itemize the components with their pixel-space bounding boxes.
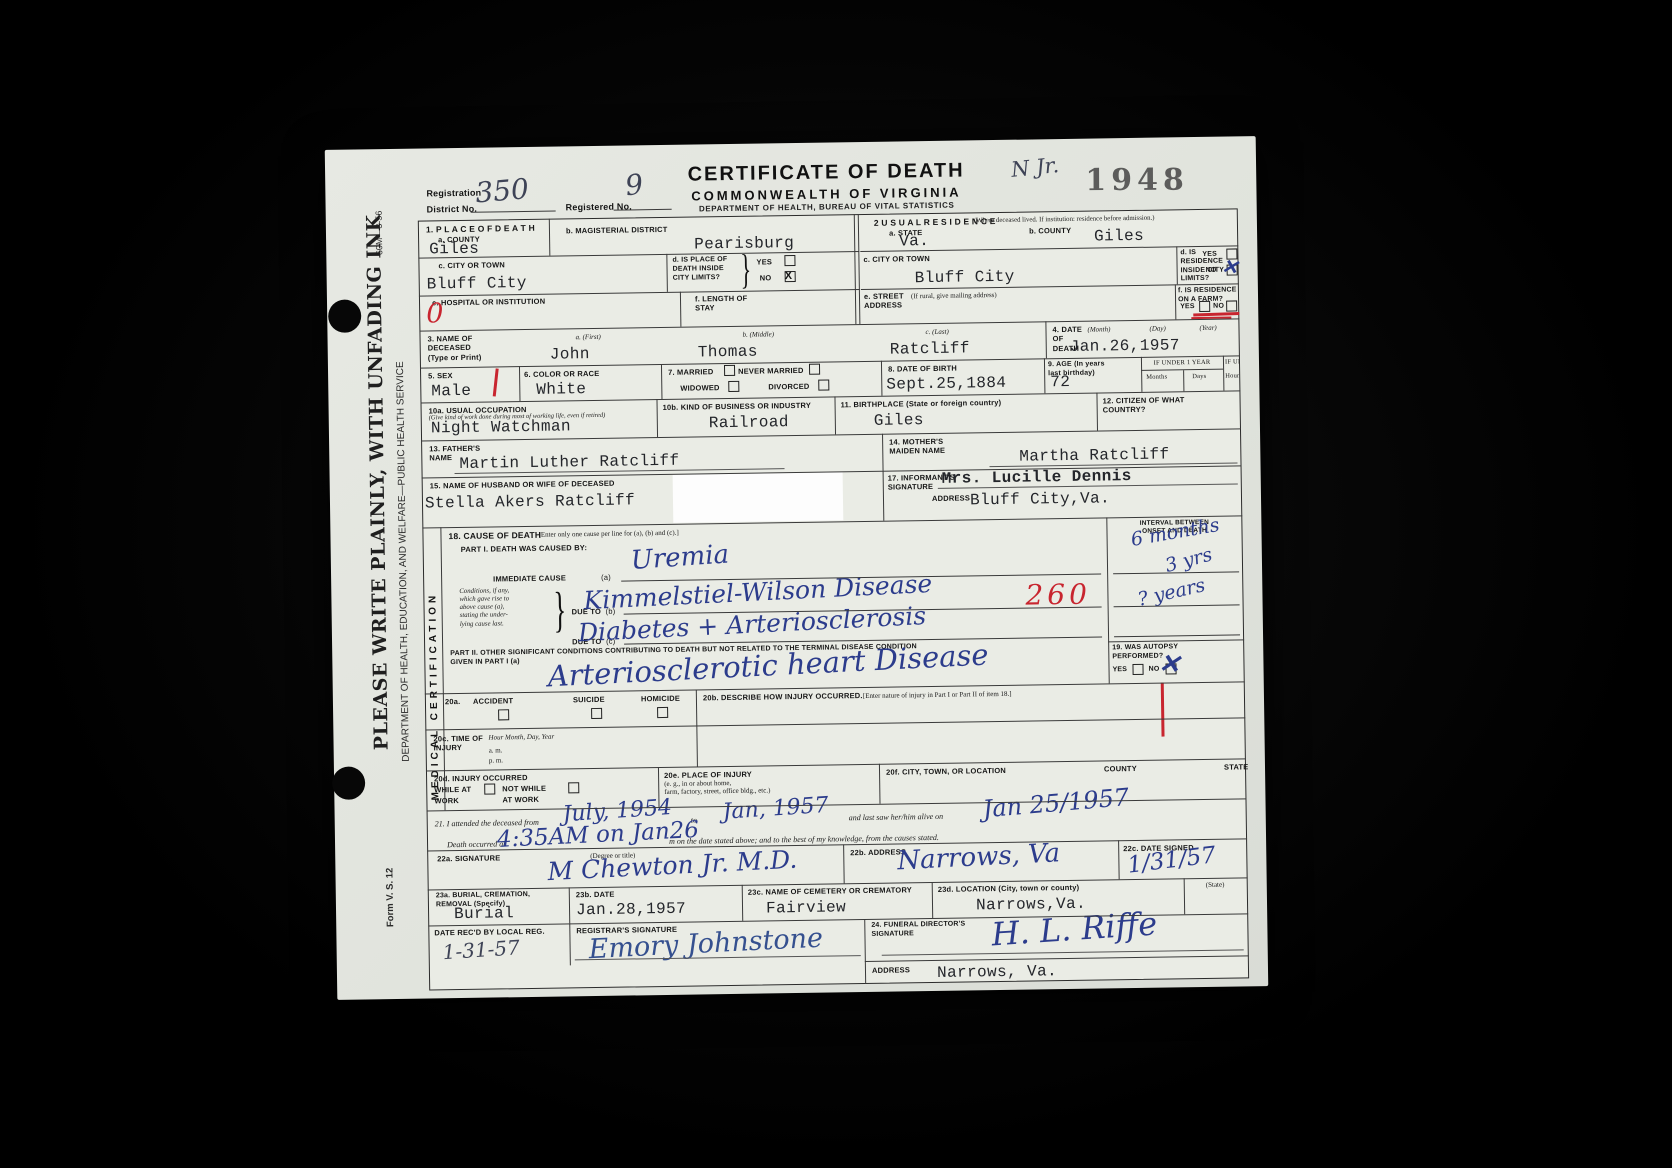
time-of-injury-cols: Hour Month, Day, Year: [488, 733, 554, 742]
hospital-label: e. HOSPITAL OR INSTITUTION: [432, 297, 545, 308]
last-name-label: c. (Last): [925, 328, 948, 337]
suicide-checkbox: [591, 708, 602, 719]
month-label: (Month): [1087, 325, 1110, 334]
typed-x-mark: X: [785, 270, 793, 284]
business-industry-value: Railroad: [709, 414, 789, 433]
certificate-title: CERTIFICATE OF DEATH: [656, 160, 996, 185]
pm-label: p. m.: [489, 756, 503, 765]
funeral-director-label: 24. FUNERAL DIRECTOR'S SIGNATURE: [871, 920, 981, 939]
burial-date-value: Jan.28,1957: [576, 901, 686, 920]
months-label: Months: [1146, 373, 1167, 381]
death-inside-limits-label: d. IS PLACE OF DEATH INSIDE CITY LIMITS?: [672, 256, 738, 283]
signature-label: 22a. SIGNATURE: [437, 853, 500, 863]
yes-label: YES: [756, 257, 772, 267]
brace-glyph: }: [553, 588, 566, 633]
day-label: (Day): [1149, 324, 1165, 333]
last-saw-text: and last saw her/him alive on: [849, 812, 944, 823]
suicide-label: SUICIDE: [573, 695, 605, 705]
district-no-value: 350: [474, 175, 530, 207]
usual-occupation-value: Night Watchman: [431, 418, 571, 438]
accident-checkbox: [498, 709, 509, 720]
informant-address-label: ADDRESS: [932, 493, 970, 503]
yes-label: YES: [1202, 251, 1217, 260]
injury-city-label: 20f. CITY, TOWN, OR LOCATION: [886, 766, 1006, 777]
screenshot-stage: 60M—3-56 PLEASE WRITE PLAINLY, WITH UNFA…: [0, 0, 1672, 1168]
date-of-death-value: Jan.26,1957: [1070, 337, 1180, 356]
first-name-label: a. (First): [575, 333, 600, 342]
am-label: a. m.: [489, 746, 503, 755]
registered-no-value: 9: [624, 170, 645, 200]
middle-name-label: b. (Middle): [742, 330, 774, 339]
street-address-label: e. STREET ADDRESS: [864, 291, 904, 310]
brace-glyph: }: [740, 251, 751, 289]
accident-label: ACCIDENT: [473, 696, 513, 706]
residence-county-value: Giles: [1094, 228, 1144, 246]
registration-label: Registration: [426, 188, 481, 200]
married-checkbox: [724, 365, 735, 376]
work-label: WORK: [434, 796, 459, 806]
divider: [471, 211, 556, 213]
divorced-label: DIVORCED: [768, 382, 809, 392]
residence-city-value: Bluff City: [915, 269, 1015, 288]
injury-state-label: STATE: [1224, 762, 1249, 772]
year-stamp: 1948: [1085, 166, 1189, 196]
while-at-work-checkbox: [484, 783, 495, 794]
widowed-checkbox: [728, 381, 739, 392]
immediate-cause-value: Uremia: [630, 541, 730, 574]
not-while-checkbox: [568, 782, 579, 793]
sex-value: Male: [431, 383, 471, 401]
spouse-value: Stella Akers Ratcliff: [425, 492, 635, 513]
first-name-value: John: [550, 346, 590, 364]
no-label: NO: [1206, 267, 1217, 276]
burial-date-label: 23b. DATE: [576, 890, 615, 900]
autopsy-yes-checkbox: [1132, 664, 1143, 675]
injury-county-label: COUNTY: [1104, 764, 1137, 774]
never-married-label: NEVER MARRIED: [738, 366, 804, 376]
registered-no-label: Registered No.: [566, 201, 632, 213]
date-recd-value: 1-31-57: [442, 937, 520, 962]
death-certificate-paper: 60M—3-56 PLEASE WRITE PLAINLY, WITH UNFA…: [325, 136, 1269, 1000]
a-tag: (a): [601, 573, 611, 583]
no-label: NO: [760, 273, 772, 283]
district-no-label: District No.: [427, 204, 478, 216]
injury-occurred-label: 20d. INJURY OCCURRED: [434, 773, 528, 784]
mothers-maiden-name-label: 14. MOTHER'S MAIDEN NAME: [889, 437, 945, 457]
form-number: Form V. S. 12: [384, 868, 396, 927]
death-limits-yes-checkbox: [784, 255, 795, 266]
if-under-24-hrs-label: IF UNDER 24 HRS.: [1225, 358, 1239, 366]
color-or-race-label: 6. COLOR OR RACE: [524, 369, 599, 379]
date-of-birth-label: 8. DATE OF BIRTH: [888, 364, 957, 374]
state-value: Va.: [899, 233, 929, 251]
homicide-label: HOMICIDE: [641, 694, 680, 704]
residence-farm-no-checkbox: [1226, 300, 1237, 311]
residence-farm-yes-checkbox: [1199, 301, 1210, 312]
pen-x-mark: ✕: [1157, 651, 1181, 679]
redaction-box: [673, 472, 844, 523]
burial-value: Burial: [454, 905, 514, 923]
year-label: (Year): [1199, 324, 1216, 333]
homicide-checkbox: [657, 707, 668, 718]
divorced-checkbox: [818, 379, 829, 390]
part1-label: PART I. DEATH WAS CAUSED BY:: [461, 543, 588, 554]
time-of-injury-label: 20c. TIME OF INJURY: [433, 734, 483, 753]
red-code-260: 260: [1025, 581, 1091, 610]
last-name-value: Ratcliff: [890, 340, 970, 359]
city-or-town-label: c. CITY OR TOWN: [438, 260, 505, 270]
days-label: Days: [1192, 373, 1206, 381]
hours-label: Hours: [1225, 372, 1239, 380]
handwritten-annotation: N Jr.: [1010, 155, 1060, 181]
date-of-birth-value: Sept.25,1884: [886, 375, 1006, 394]
not-while-label: NOT WHILE: [502, 784, 546, 794]
physician-address-value: Narrows, Va: [897, 840, 1061, 874]
age-value: 72: [1050, 374, 1070, 392]
write-plainly-note: PLEASE WRITE PLAINLY, WITH UNFADING INK: [363, 214, 393, 750]
color-or-race-value: White: [536, 381, 586, 399]
magisterial-district-label: b. MAGISTERIAL DISTRICT: [566, 225, 668, 236]
pen-x-mark: ✕: [1220, 256, 1239, 278]
middle-name-value: Thomas: [698, 344, 758, 362]
conditions-note: Conditions, if any, which gave rise to a…: [459, 587, 509, 629]
residence-city-label: c. CITY OR TOWN: [863, 254, 930, 264]
cemetery-value: Fairview: [766, 899, 846, 918]
never-married-checkbox: [809, 364, 820, 375]
name-of-deceased-label: 3. NAME OF DECEASED (Type or Print): [427, 334, 481, 363]
state-note: (State): [1206, 881, 1225, 890]
funeral-address-value: Narrows, Va.: [937, 963, 1057, 982]
street-address-note: (If rural, give mailing address): [911, 291, 997, 301]
if-under-1-year-label: IF UNDER 1 YEAR: [1144, 359, 1220, 368]
funeral-address-label: ADDRESS: [872, 965, 910, 975]
hospital-red-mark: 0: [426, 300, 444, 327]
place-of-death-title: 1. P L A C E O F D E A T H: [426, 223, 535, 235]
punch-hole-top: [328, 299, 361, 332]
department-note: DEPARTMENT OF HEALTH, EDUCATION, AND WEL…: [395, 361, 412, 762]
at-work-label: AT WORK: [502, 795, 539, 805]
sex-label: 5. SEX: [428, 371, 453, 381]
city-or-town-value: Bluff City: [427, 275, 527, 294]
married-label: 7. MARRIED: [668, 367, 713, 377]
cause-of-death-label: 18. CAUSE OF DEATH: [448, 530, 541, 542]
widowed-label: WIDOWED: [680, 383, 719, 393]
residence-county-label: b. COUNTY: [1029, 226, 1071, 236]
length-of-stay-label: f. LENGTH OF STAY: [695, 294, 750, 314]
yes-label: YES: [1180, 303, 1195, 312]
funeral-director-signature: H. L. Riffe: [990, 907, 1158, 950]
informant-address-value: Bluff City,Va.: [970, 490, 1110, 510]
birthplace-value: Giles: [874, 412, 924, 430]
punch-hole-bottom: [332, 766, 365, 799]
while-at-work-label: WHILE AT: [434, 785, 471, 795]
yes-label: YES: [1112, 666, 1127, 675]
citizen-label: 12. CITIZEN OF WHAT COUNTRY?: [1102, 395, 1232, 416]
20a-label: 20a.: [445, 697, 461, 707]
no-label: NO: [1213, 303, 1224, 312]
